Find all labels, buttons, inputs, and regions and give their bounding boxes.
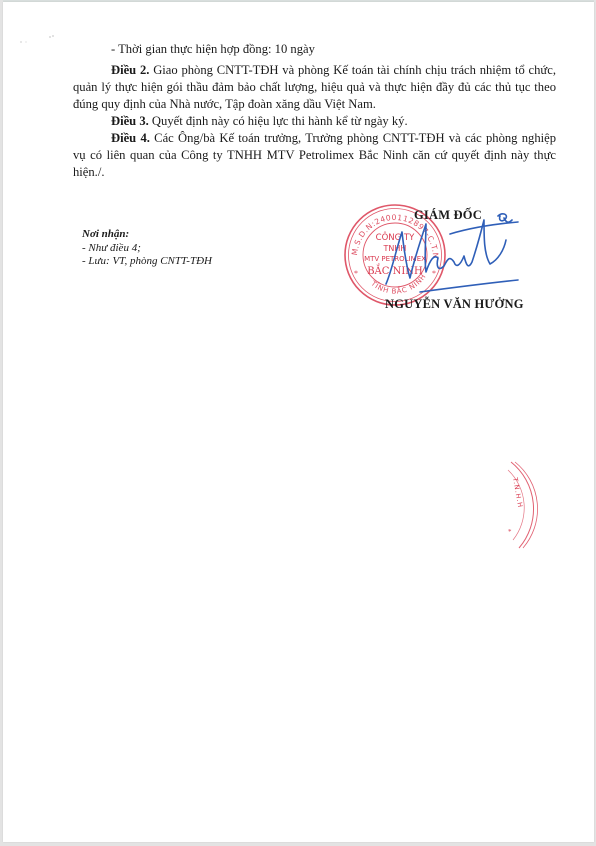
contract-duration-line: - Thời gian thực hiện hợp đồng: 10 ngày: [73, 42, 556, 57]
signer-name: NGUYỄN VĂN HƯỞNG: [385, 297, 524, 312]
recipients-block: Nơi nhận: - Như điều 4; - Lưu: VT, phòng…: [82, 228, 212, 269]
svg-text:T.N.H.H: T.N.H.H: [511, 476, 524, 509]
article-4-text-2: vụ có liên quan của Công ty TNHH MTV Pet…: [73, 148, 556, 162]
article-4-text-3: hiện./.: [73, 165, 104, 179]
article-4-label: Điều 4.: [111, 131, 150, 145]
article-2-text-2: quản lý thực hiện gói thầu đảm bảo chất …: [73, 80, 556, 94]
svg-text:*: *: [354, 269, 358, 278]
article-2-label: Điều 2.: [111, 63, 149, 77]
recipient-item: - Lưu: VT, phòng CNTT-TĐH: [82, 255, 212, 269]
article-2-line-1: Điều 2. Giao phòng CNTT-TĐH và phòng Kế …: [73, 63, 556, 78]
article-2-line-2: quản lý thực hiện gói thầu đảm bảo chất …: [73, 80, 556, 95]
article-3-line: Điều 3. Quyết định này có hiệu lực thi h…: [73, 114, 556, 129]
article-4-line-1: Điều 4. Các Ông/bà Kế toán trưởng, Trưởn…: [73, 131, 556, 146]
recipient-item: - Như điều 4;: [82, 242, 212, 256]
article-3-label: Điều 3.: [111, 114, 149, 128]
article-4-text-1: Các Ông/bà Kế toán trưởng, Trưởng phòng …: [150, 131, 556, 145]
partial-seal-icon: T.N.H.H *: [505, 460, 545, 550]
scan-artifact: [18, 34, 78, 46]
handwritten-signature-icon: [380, 210, 520, 300]
article-4-line-2: vụ có liên quan của Công ty TNHH MTV Pet…: [73, 148, 556, 163]
svg-text:*: *: [508, 528, 512, 536]
article-2-text-3: đúng quy định của Nhà nước, Tập đoàn xăn…: [73, 97, 376, 111]
contract-duration-text: - Thời gian thực hiện hợp đồng: 10 ngày: [111, 42, 315, 56]
article-2-text-1: Giao phòng CNTT-TĐH và phòng Kế toán tài…: [149, 63, 556, 77]
article-2-line-3: đúng quy định của Nhà nước, Tập đoàn xăn…: [73, 97, 556, 112]
article-3-text: Quyết định này có hiệu lực thi hành kể t…: [149, 114, 408, 128]
article-4-line-3: hiện./.: [73, 165, 556, 180]
recipients-heading: Nơi nhận:: [82, 228, 212, 242]
